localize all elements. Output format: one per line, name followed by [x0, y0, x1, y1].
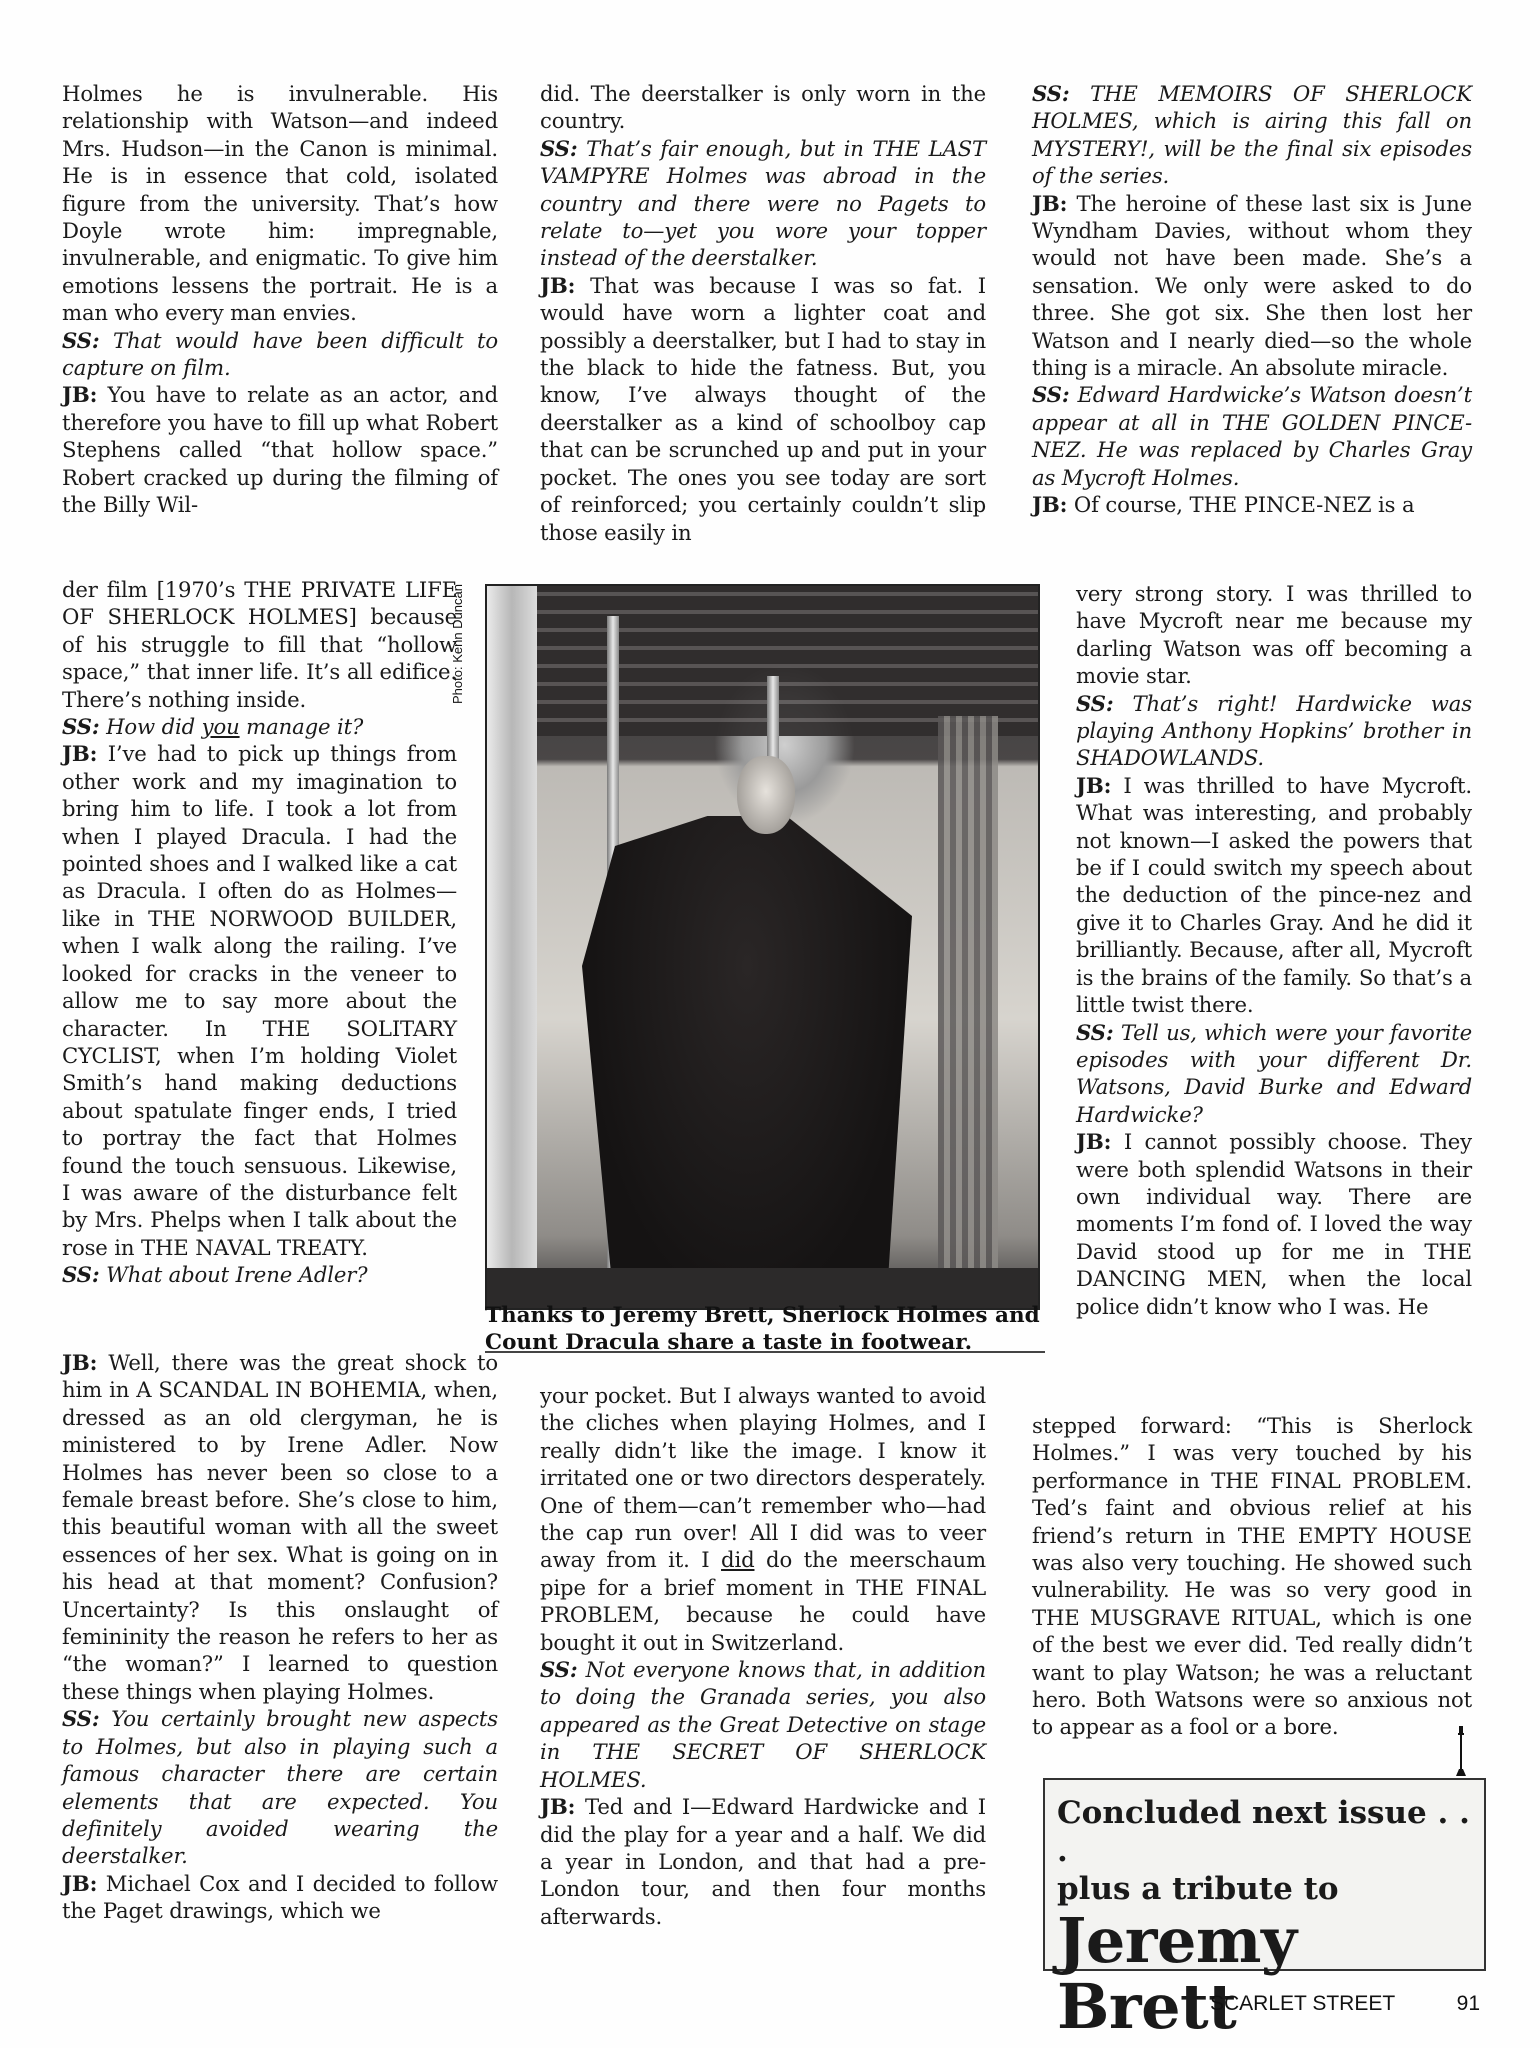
magazine-page: Holmes he is invulnerable. His relations…	[0, 0, 1540, 2048]
paragraph-text: You have to relate as an actor, and ther…	[62, 382, 498, 517]
emphasized-word: you	[202, 714, 240, 739]
right-column-top: SS: THE MEMOIRS OF SHERLOCK HOLMES, whic…	[1032, 80, 1472, 519]
promo-headline: Jeremy Brett	[1057, 1908, 1484, 2040]
caption-divider	[485, 1351, 1045, 1353]
emphasized-word: did	[721, 1547, 754, 1572]
speaker-label: JB:	[1076, 773, 1111, 798]
speaker-label: JB:	[62, 1350, 97, 1375]
promo-line-1: Concluded next issue . . .	[1057, 1794, 1484, 1870]
paragraph-text: did. The deerstalker is only worn in the…	[540, 81, 986, 133]
promo-line-2: plus a tribute to	[1057, 1870, 1484, 1908]
interviewer-question: SS: That’s right! Hardwicke was playing …	[1076, 690, 1472, 772]
paragraph-text: I was thrilled to have Mycroft. What was…	[1076, 773, 1472, 1017]
interviewee-answer: JB: I cannot possibly choose. They were …	[1076, 1128, 1472, 1320]
interviewee-answer: JB: That was because I was so fat. I wou…	[540, 272, 986, 546]
left-column-bottom: JB: Well, there was the great shock to h…	[62, 1349, 498, 1925]
interviewer-question: SS: How did you manage it?	[62, 713, 457, 740]
paragraph: your pocket. But I always wanted to avoi…	[540, 1382, 986, 1656]
paragraph: very strong story. I was thrilled to hav…	[1076, 580, 1472, 690]
paragraph-text: That’s right! Hardwicke was playing Anth…	[1076, 691, 1472, 771]
paragraph-text: Edward Hardwicke’s Watson doesn’t appear…	[1032, 382, 1472, 489]
article-photo	[485, 584, 1040, 1310]
paragraph-text: Of course, THE PINCE-NEZ is a	[1074, 492, 1415, 517]
paragraph-text: Holmes he is invulnerable. His relations…	[62, 81, 498, 325]
speaker-label: JB:	[62, 1871, 97, 1896]
photo-credit: Photo: Kenn Duncan	[450, 584, 472, 704]
interviewer-question: SS: Not everyone knows that, in addition…	[540, 1656, 986, 1793]
interviewer-question: SS: What about Irene Adler?	[62, 1261, 457, 1288]
speaker-label: SS:	[540, 136, 578, 161]
paragraph-text: Not everyone knows that, in addition to …	[540, 1657, 986, 1792]
speaker-label: SS:	[62, 1706, 100, 1731]
speaker-label: SS:	[1076, 1020, 1114, 1045]
speaker-label: JB:	[1076, 1129, 1111, 1154]
interviewee-answer: JB: Of course, THE PINCE-NEZ is a	[1032, 491, 1472, 518]
interviewer-question: SS: Edward Hardwicke’s Watson doesn’t ap…	[1032, 381, 1472, 491]
interviewer-question: SS: That’s fair enough, but in THE LAST …	[540, 135, 986, 272]
paragraph-text: stepped forward: “This is Sherlock Holme…	[1032, 1413, 1472, 1739]
photo-curtain	[487, 586, 537, 1310]
speaker-label: JB:	[1032, 492, 1067, 517]
paragraph: did. The deerstalker is only worn in the…	[540, 80, 986, 135]
paragraph-text: manage it?	[240, 714, 364, 739]
speaker-label: SS:	[1032, 81, 1070, 106]
interviewer-question: SS: Tell us, which were your favorite ep…	[1076, 1019, 1472, 1129]
interviewee-answer: JB: Ted and I—Edward Hardwicke and I did…	[540, 1793, 986, 1930]
middle-column-bottom: your pocket. But I always wanted to avoi…	[540, 1382, 986, 1930]
paragraph-text: That was because I was so fat. I would h…	[540, 273, 986, 545]
paragraph-text: der film [1970’s THE PRIVATE LIFE OF SHE…	[62, 577, 457, 712]
photo-wall	[487, 586, 1038, 736]
photo-pillar	[938, 716, 998, 1276]
right-column-bottom: stepped forward: “This is Sherlock Holme…	[1032, 1412, 1472, 1741]
paragraph-text: your pocket. But I always wanted to avoi…	[540, 1383, 986, 1572]
photo-cape-figure	[582, 816, 912, 1310]
interviewee-answer: JB: I was thrilled to have Mycroft. What…	[1076, 772, 1472, 1019]
right-column-wrapped: very strong story. I was thrilled to hav…	[1076, 580, 1472, 1320]
paragraph-text: The heroine of these last six is June Wy…	[1032, 191, 1472, 380]
paragraph: stepped forward: “This is Sherlock Holme…	[1032, 1412, 1472, 1741]
paragraph-text: very strong story. I was thrilled to hav…	[1076, 581, 1472, 688]
paragraph-text: That would have been difficult to captur…	[62, 328, 498, 380]
paragraph-text: How did	[106, 714, 202, 739]
speaker-label: SS:	[1032, 382, 1070, 407]
paragraph: Holmes he is invulnerable. His relations…	[62, 80, 498, 327]
interviewee-answer: JB: I’ve had to pick up things from othe…	[62, 740, 457, 1261]
paragraph-text: I cannot possibly choose. They were both…	[1076, 1129, 1472, 1318]
speaker-label: JB:	[1032, 191, 1067, 216]
speaker-label: SS:	[540, 1657, 578, 1682]
lamppost-icon	[1455, 1726, 1467, 1776]
interviewee-answer: JB: Well, there was the great shock to h…	[62, 1349, 498, 1705]
interviewee-answer: JB: You have to relate as an actor, and …	[62, 381, 498, 518]
paragraph: der film [1970’s THE PRIVATE LIFE OF SHE…	[62, 576, 457, 713]
paragraph-text: THE MEMOIRS OF SHERLOCK HOLMES, which is…	[1032, 81, 1472, 188]
interviewee-answer: JB: The heroine of these last six is Jun…	[1032, 190, 1472, 382]
paragraph-text: Tell us, which were your favorite episod…	[1076, 1020, 1472, 1127]
interviewee-answer: JB: Michael Cox and I decided to follow …	[62, 1870, 498, 1925]
speaker-label: JB:	[540, 273, 575, 298]
interviewer-question: SS: That would have been difficult to ca…	[62, 327, 498, 382]
left-column-top: Holmes he is invulnerable. His relations…	[62, 80, 498, 519]
interviewer-question: SS: You certainly brought new aspects to…	[62, 1705, 498, 1869]
speaker-label: JB:	[62, 741, 97, 766]
paragraph-text: Well, there was the great shock to him i…	[62, 1350, 498, 1704]
paragraph-text: That’s fair enough, but in THE LAST VAMP…	[540, 136, 986, 271]
speaker-label: SS:	[62, 714, 100, 739]
paragraph-text: Michael Cox and I decided to follow the …	[62, 1871, 498, 1923]
page-number: 91	[1457, 1992, 1480, 2016]
middle-column-top: did. The deerstalker is only worn in the…	[540, 80, 986, 546]
photo-caption: Thanks to Jeremy Brett, Sherlock Holmes …	[485, 1302, 1045, 1356]
paragraph-text: Ted and I—Edward Hardwicke and I did the…	[540, 1794, 986, 1929]
paragraph-text: I’ve had to pick up things from other wo…	[62, 741, 457, 1259]
speaker-label: SS:	[1076, 691, 1114, 716]
photo-face	[737, 756, 795, 834]
speaker-label: SS:	[62, 328, 100, 353]
next-issue-promo: Concluded next issue . . . plus a tribut…	[1043, 1778, 1486, 1971]
interviewer-question: SS: THE MEMOIRS OF SHERLOCK HOLMES, whic…	[1032, 80, 1472, 190]
paragraph-text: What about Irene Adler?	[106, 1262, 367, 1287]
speaker-label: SS:	[62, 1262, 100, 1287]
paragraph-text: You certainly brought new aspects to Hol…	[62, 1706, 498, 1868]
speaker-label: JB:	[540, 1794, 575, 1819]
left-column-wrapped: der film [1970’s THE PRIVATE LIFE OF SHE…	[62, 576, 457, 1289]
speaker-label: JB:	[62, 382, 97, 407]
magazine-name: SCARLET STREET	[1210, 1992, 1395, 2016]
